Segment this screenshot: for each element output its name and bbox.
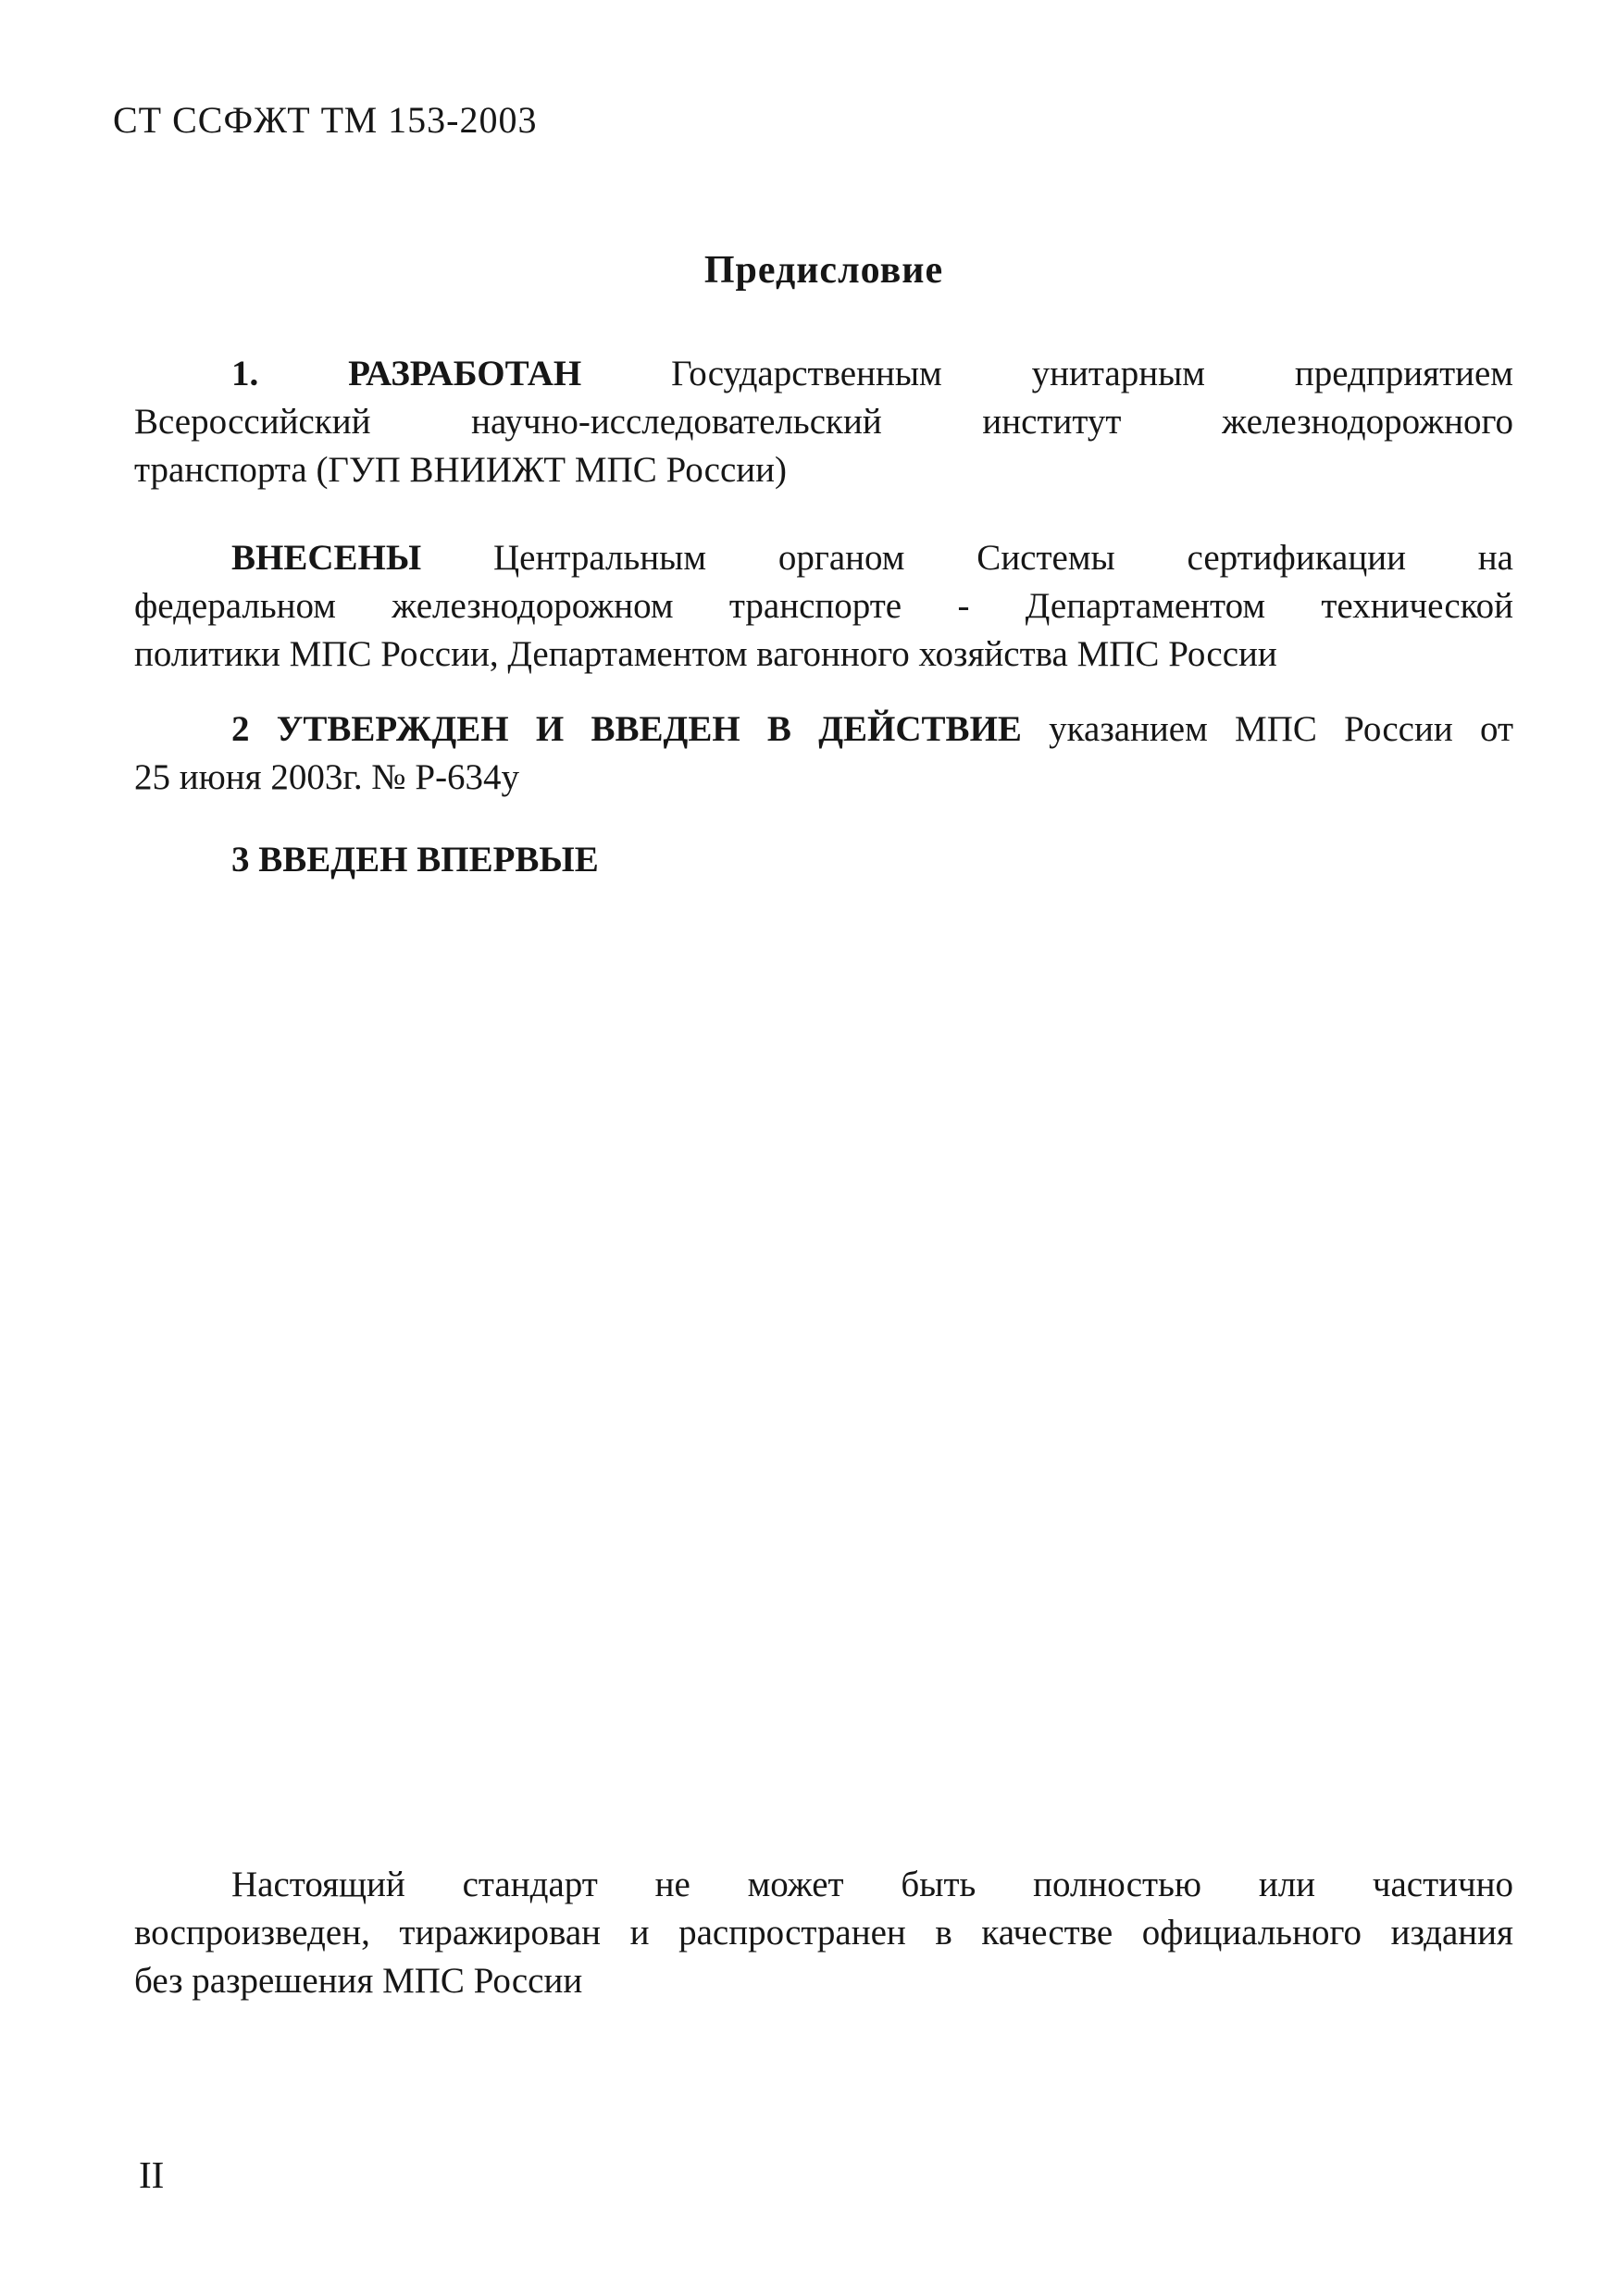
bold-lead-first-edition: 3 ВВЕДЕН ВПЕРВЫЕ <box>231 840 599 880</box>
text-line: 2 УТВЕРЖДЕН И ВВЕДЕН В ДЕЙСТВИЕ указание… <box>134 705 1513 754</box>
paragraph-submitted-by: ВНЕСЕНЫ Центральным органом Системы серт… <box>134 534 1513 679</box>
text-line: политики МПС России, Департаментом вагон… <box>134 630 1513 679</box>
text-line: 1. РАЗРАБОТАН Государственным унитарным … <box>134 350 1513 398</box>
standard-code: СТ ССФЖТ ТМ 153-2003 <box>113 98 537 142</box>
text-run: указанием МПС России от <box>1022 709 1513 749</box>
text-line: федеральном железнодорожном транспорте -… <box>134 582 1513 630</box>
text-line: 25 июня 2003г. № Р-634у <box>134 754 1513 802</box>
text-line: воспроизведен, тиражирован и распростран… <box>134 1909 1513 1957</box>
paragraph-approved-by: 2 УТВЕРЖДЕН И ВВЕДЕН В ДЕЙСТВИЕ указание… <box>134 705 1513 802</box>
text-run: Центральным органом Системы сертификации… <box>421 538 1513 578</box>
text-line: Всероссийский научно-исследовательский и… <box>134 398 1513 446</box>
text-line: ВНЕСЕНЫ Центральным органом Системы серт… <box>134 534 1513 582</box>
text-line: транспорта (ГУП ВНИИЖТ МПС России) <box>134 446 1513 494</box>
text-line: без разрешения МПС России <box>134 1957 1513 2005</box>
bold-lead-developed: 1. РАЗРАБОТАН <box>231 354 581 393</box>
bold-lead-submitted: ВНЕСЕНЫ <box>231 538 421 578</box>
bold-lead-approved: 2 УТВЕРЖДЕН И ВВЕДЕН В ДЕЙСТВИЕ <box>231 709 1022 749</box>
paragraph-developed-by: 1. РАЗРАБОТАН Государственным унитарным … <box>134 350 1513 494</box>
page-title: Предисловие <box>134 248 1513 293</box>
text-line: 3 ВВЕДЕН ВПЕРВЫЕ <box>134 836 1513 884</box>
paragraph-first-edition: 3 ВВЕДЕН ВПЕРВЫЕ <box>134 836 1513 884</box>
copyright-note: Настоящий стандарт не может быть полност… <box>134 1861 1513 2005</box>
text-line: Настоящий стандарт не может быть полност… <box>134 1861 1513 1909</box>
text-run: Государственным унитарным предприятием <box>581 354 1513 393</box>
page-number: II <box>139 2152 164 2197</box>
document-page: СТ ССФЖТ ТМ 153-2003 Предисловие 1. РАЗР… <box>0 0 1617 2296</box>
